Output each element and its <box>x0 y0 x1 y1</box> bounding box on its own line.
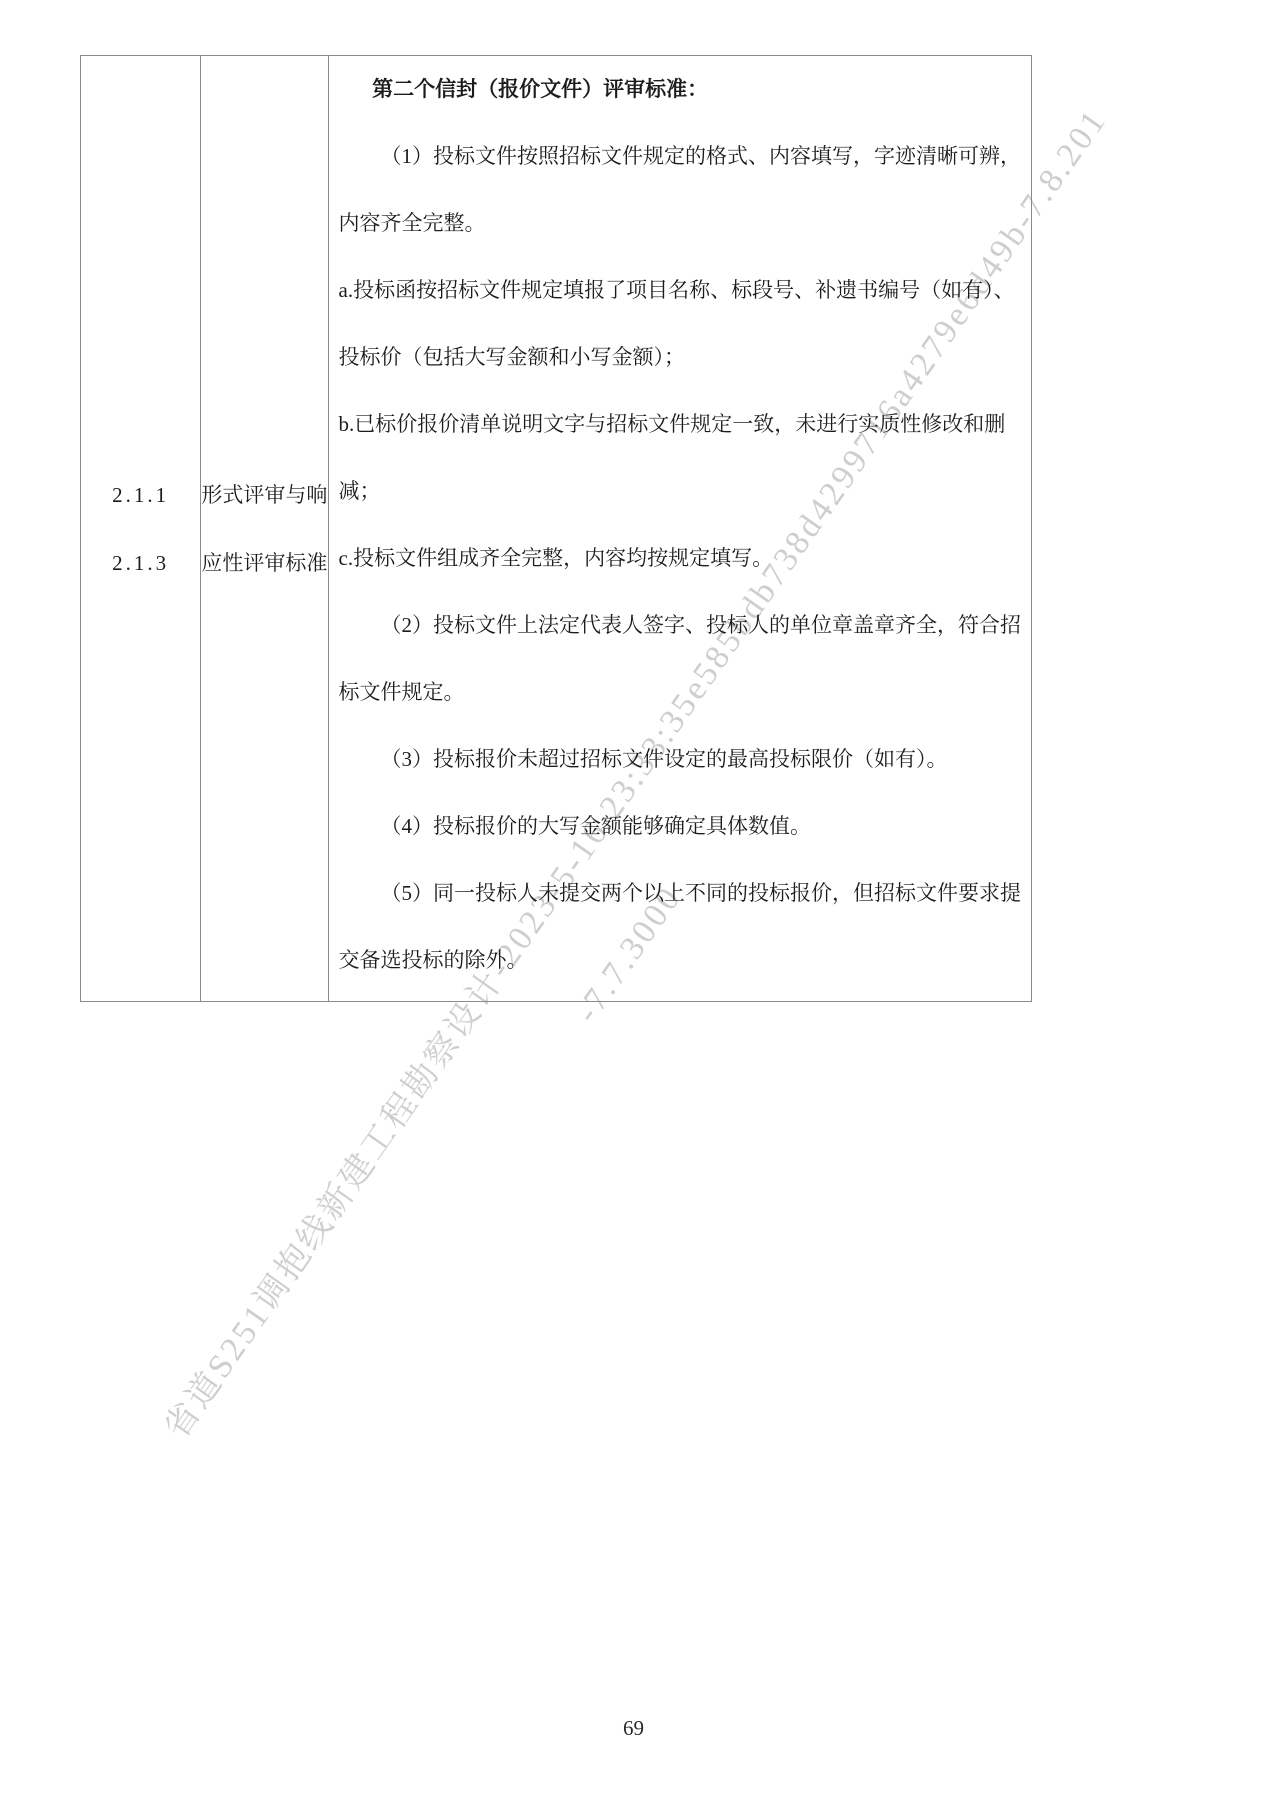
criteria-name-line-1: 形式评审与响 <box>201 461 327 529</box>
content-line: 标文件规定。 <box>339 659 1022 726</box>
content-line: （4）投标报价的大写金额能够确定具体数值。 <box>339 793 1022 860</box>
content-line: 投标价（包括大写金额和小写金额）； <box>339 324 1022 391</box>
content-heading: 第二个信封（报价文件）评审标准： <box>339 56 1022 123</box>
content-line: b.已标价报价清单说明文字与招标文件规定一致，未进行实质性修改和删 <box>339 391 1022 458</box>
content-line: （2）投标文件上法定代表人签字、投标人的单位章盖章齐全，符合招 <box>339 592 1022 659</box>
criteria-content-cell: 第二个信封（报价文件）评审标准： （1）投标文件按照招标文件规定的格式、内容填写… <box>329 56 1032 1001</box>
content-line: （1）投标文件按照招标文件规定的格式、内容填写，字迹清晰可辨， <box>339 123 1022 190</box>
criteria-name-line-2: 应性评审标准 <box>201 529 327 597</box>
page-number: 69 <box>0 1716 1267 1741</box>
content-line: a.投标函按招标文件规定填报了项目名称、标段号、补遗书编号（如有）、 <box>339 257 1022 324</box>
clause-id-2-1-1: 2.1.1 <box>112 461 169 529</box>
document-page: 省道S251调抱线新建工程勘察设计-2023-5-16 23:33:35e585… <box>0 0 1267 1793</box>
content-line: 交备选投标的除外。 <box>339 927 1022 994</box>
clause-id-2-1-3: 2.1.3 <box>112 529 169 597</box>
clause-id-cell: 2.1.1 2.1.3 <box>81 56 201 1001</box>
content-line: c.投标文件组成齐全完整，内容均按规定填写。 <box>339 525 1022 592</box>
content-line: （5）同一投标人未提交两个以上不同的投标报价，但招标文件要求提 <box>339 860 1022 927</box>
content-line: 减； <box>339 458 1022 525</box>
content-line: 内容齐全完整。 <box>339 190 1022 257</box>
content-line: （3）投标报价未超过招标文件设定的最高投标限价（如有）。 <box>339 726 1022 793</box>
evaluation-criteria-table: 2.1.1 2.1.3 形式评审与响 应性评审标准 第二个信封（报价文件）评审标… <box>80 55 1032 1002</box>
criteria-name-cell: 形式评审与响 应性评审标准 <box>201 56 328 1001</box>
